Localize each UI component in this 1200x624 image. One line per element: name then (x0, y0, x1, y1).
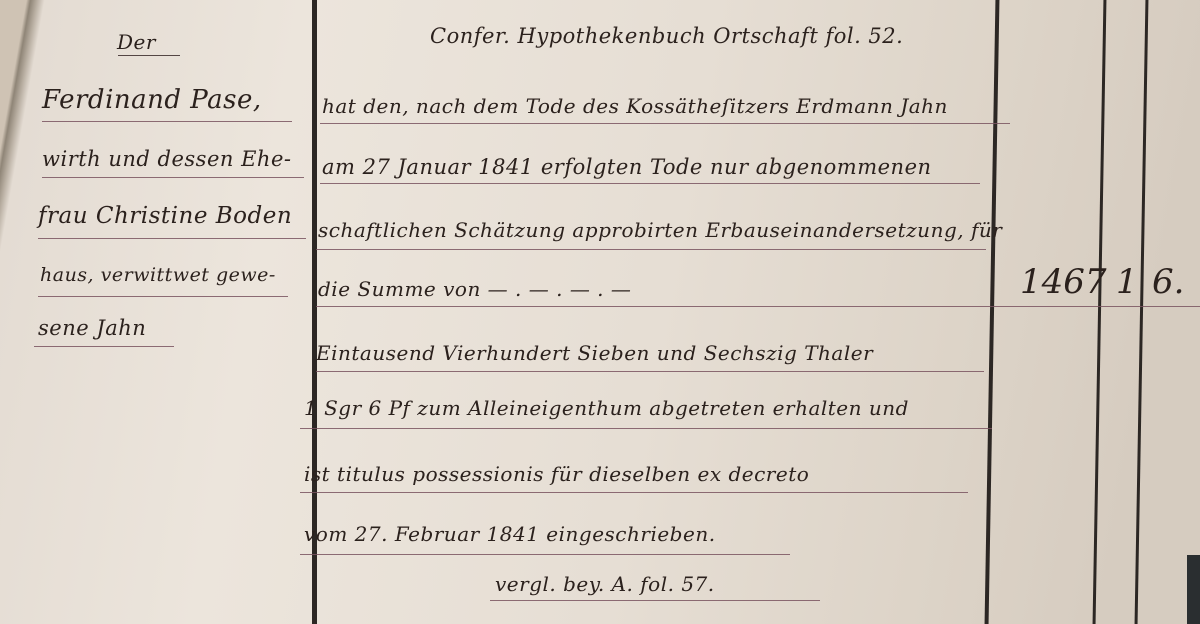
main-heading: Confer. Hypothekenbuch Ortschaft fol. 52… (430, 24, 903, 48)
rule-line (300, 428, 992, 429)
left-heading: Der (117, 30, 156, 54)
rule-line (300, 554, 790, 555)
left-line-5: sene Jahn (38, 316, 146, 340)
main-line-4: die Summe von — . — . — . — (318, 277, 631, 301)
rule-line (316, 249, 986, 250)
left-line-1: Ferdinand Pase, (42, 85, 262, 115)
left-line-3: frau Christine Boden (38, 203, 292, 229)
column-divider-pf (1135, 0, 1149, 624)
register-page: Der Ferdinand Pase, wirth und dessen Ehe… (0, 0, 1200, 624)
column-divider-sgr (1093, 0, 1107, 624)
main-line-2: am 27 Januar 1841 erfolgten Tode nur abg… (322, 155, 932, 179)
amount-thaler: 1467 (1020, 262, 1107, 302)
amount-pfennig: 6. (1152, 262, 1184, 302)
left-line-2: wirth und dessen Ehe- (42, 147, 291, 171)
rule-line (490, 600, 820, 601)
rule-line (42, 121, 292, 122)
background-edge (1187, 555, 1200, 624)
main-line-8: vom 27. Februar 1841 eingeschrieben. (304, 522, 716, 546)
rule-line (34, 346, 174, 347)
main-line-1: hat den, nach dem Tode des Kossätheſitze… (322, 94, 948, 118)
main-line-5: Eintausend Vierhundert Sieben und Sechsz… (316, 341, 873, 365)
rule-line (38, 238, 306, 239)
heading-underline (118, 55, 180, 56)
main-line-6: 1 Sgr 6 Pf zum Alleineigenthum abgetrete… (304, 396, 909, 420)
rule-line (300, 492, 968, 493)
rule-line (38, 296, 288, 297)
amount-silbergroschen: 1 (1116, 262, 1138, 302)
rule-line (42, 177, 304, 178)
rule-line (316, 371, 984, 372)
column-divider-amount (985, 0, 1000, 624)
main-cross-reference: vergl. bey. A. fol. 57. (495, 572, 715, 596)
rule-line (320, 183, 980, 184)
rule-line (320, 123, 1010, 124)
left-line-4: haus, verwittwet gewe- (40, 264, 276, 286)
rule-line (316, 306, 1200, 307)
main-line-3: schaftlichen Schätzung approbirten Erbau… (318, 218, 1002, 242)
main-line-7: ist titulus possessionis für dieselben e… (304, 462, 809, 486)
